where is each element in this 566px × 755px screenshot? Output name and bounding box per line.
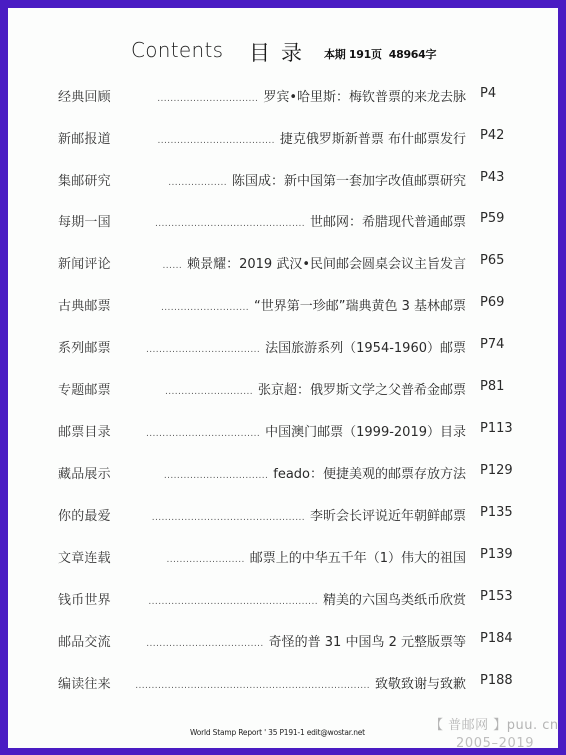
toc-row[interactable]: 每期一国 ...................................… — [0, 211, 566, 233]
toc-section: 编读往来 — [58, 673, 111, 692]
toc-entry: ....................................奇怪的普… — [146, 631, 466, 650]
toc-title: 致敬致谢与致歉 — [375, 673, 466, 692]
toc-title: 精美的六国鸟类纸币欣赏 — [323, 589, 466, 608]
leader-dots: .................. — [168, 178, 227, 188]
toc-row[interactable]: 古典邮票 ...........................“世界第一珍邮”… — [0, 295, 566, 317]
toc-row[interactable]: 文章连载 ........................邮票上的中华五千年（1… — [0, 547, 566, 569]
leader-dots: ................................ — [164, 471, 268, 481]
toc-row[interactable]: 邮品交流 ...................................… — [0, 631, 566, 653]
toc-entry: ......赖景耀：2019 武汉•民间邮会圆桌会议主旨发言 — [163, 253, 466, 272]
toc-section: 每期一国 — [58, 211, 111, 230]
leader-dots: ................................... — [146, 345, 260, 355]
toc-title: 中国澳门邮票（1999-2019）目录 — [265, 421, 466, 440]
toc-title: 世邮网：希腊现代普通邮票 — [310, 211, 466, 230]
toc-page-number: P188 — [480, 673, 513, 688]
toc-page-number: P113 — [480, 421, 513, 436]
toc-page-number: P135 — [480, 505, 513, 520]
leader-dots: ................................... — [146, 429, 260, 439]
toc-entry: ................................feado：便捷… — [164, 463, 466, 482]
leader-dots: ........................................… — [155, 219, 305, 229]
toc-row[interactable]: 经典回顾 ...............................罗宾•哈… — [0, 86, 566, 108]
toc-page-number: P153 — [480, 589, 513, 604]
toc-page-number: P184 — [480, 631, 513, 646]
toc-title: 张京超：俄罗斯文学之父普希金邮票 — [258, 379, 466, 398]
leader-dots: .................................... — [146, 639, 263, 649]
toc-row[interactable]: 新邮报道 ...................................… — [0, 128, 566, 150]
watermark-site: 【 普邮网 】puu. cn — [430, 714, 559, 733]
toc-page-number: P129 — [480, 463, 513, 478]
toc-row[interactable]: 藏品展示 ................................fea… — [0, 463, 566, 485]
toc-title: “世界第一珍邮”瑞典黄色 3 基林邮票 — [254, 295, 466, 314]
toc-page-number: P43 — [480, 170, 504, 185]
toc-page-number: P74 — [480, 337, 504, 352]
toc-section: 专题邮票 — [58, 379, 111, 398]
toc-row[interactable]: 系列邮票 ...................................… — [0, 337, 566, 359]
toc-entry: ........................................… — [152, 505, 466, 524]
toc-row[interactable]: 你的最爱 ...................................… — [0, 505, 566, 527]
toc-section: 新闻评论 — [58, 253, 111, 272]
toc-section: 钱币世界 — [58, 589, 111, 608]
toc-row[interactable]: 钱币世界 ...................................… — [0, 589, 566, 611]
toc-section: 经典回顾 — [58, 86, 111, 105]
issue-info: 本期 191页 48964字 — [324, 46, 436, 62]
leader-dots: ............................... — [157, 94, 258, 104]
toc-page-number: P81 — [480, 379, 504, 394]
toc-title: 法国旅游系列（1954-1960）邮票 — [265, 337, 466, 356]
toc-entry: ...................................中国澳门邮… — [146, 421, 466, 440]
leader-dots: ........................ — [166, 555, 244, 565]
leader-dots: ........................................… — [148, 597, 318, 607]
toc-row[interactable]: 新闻评论 ......赖景耀：2019 武汉•民间邮会圆桌会议主旨发言 P65 — [0, 253, 566, 275]
toc-title: 赖景耀：2019 武汉•民间邮会圆桌会议主旨发言 — [187, 253, 466, 272]
toc-page-number: P139 — [480, 547, 513, 562]
toc-row[interactable]: 编读往来 ...................................… — [0, 673, 566, 695]
title-english: Contents — [131, 38, 223, 62]
toc-section: 集邮研究 — [58, 170, 111, 189]
toc-entry: ...............................罗宾•哈里斯：梅钦… — [157, 86, 466, 105]
toc-entry: ...........................“世界第一珍邮”瑞典黄色 … — [161, 295, 466, 314]
toc-row[interactable]: 集邮研究 ..................陈国成：新中国第一套加字改值邮票研… — [0, 170, 566, 192]
leader-dots: ........................................… — [135, 681, 370, 691]
toc-entry: ...................................法国旅游系… — [146, 337, 466, 356]
toc-title: 奇怪的普 31 中国鸟 2 元整版票等 — [269, 631, 466, 650]
toc-section: 古典邮票 — [58, 295, 111, 314]
toc-section: 邮品交流 — [58, 631, 111, 650]
toc-entry: ........................................… — [148, 589, 466, 608]
toc-row[interactable]: 邮票目录 ...................................… — [0, 421, 566, 443]
toc-section: 藏品展示 — [58, 463, 111, 482]
toc-page-number: P4 — [480, 86, 496, 101]
toc-entry: ........................邮票上的中华五千年（1）伟大的祖… — [166, 547, 466, 566]
toc-page-number: P69 — [480, 295, 504, 310]
toc-section: 你的最爱 — [58, 505, 111, 524]
toc-title: 邮票上的中华五千年（1）伟大的祖国 — [250, 547, 466, 566]
toc-section: 系列邮票 — [58, 337, 111, 356]
toc-row[interactable]: 专题邮票 ...........................张京超：俄罗斯文… — [0, 379, 566, 401]
toc-entry: ..................陈国成：新中国第一套加字改值邮票研究 — [168, 170, 466, 189]
leader-dots: ........................................… — [152, 513, 305, 523]
toc-title: 李昕会长评说近年朝鲜邮票 — [310, 505, 466, 524]
leader-dots: ........................... — [165, 387, 253, 397]
leader-dots: ........................... — [161, 303, 249, 313]
toc-header: Contents 目录 本期 191页 48964字 — [0, 0, 566, 75]
toc-section: 文章连载 — [58, 547, 111, 566]
watermark-years: 2005–2019 — [456, 736, 534, 751]
toc-page-number: P59 — [480, 211, 504, 226]
leader-dots: .................................... — [157, 136, 274, 146]
toc-page-number: P42 — [480, 128, 504, 143]
toc-entry: ...........................张京超：俄罗斯文学之父普希… — [165, 379, 466, 398]
toc-section: 新邮报道 — [58, 128, 111, 147]
toc-title: 陈国成：新中国第一套加字改值邮票研究 — [232, 170, 466, 189]
title-chinese: 目录 — [249, 37, 313, 67]
toc-title: feado：便捷美观的邮票存放方法 — [273, 463, 466, 482]
toc-entry: ....................................捷克俄罗… — [157, 128, 466, 147]
toc-section: 邮票目录 — [58, 421, 111, 440]
leader-dots: ...... — [163, 261, 183, 271]
footer-publication-info: World Stamp Report ' 35 P191-1 edit@wost… — [190, 728, 365, 737]
toc-title: 捷克俄罗斯新普票 布什邮票发行 — [280, 128, 466, 147]
toc-entry: ........................................… — [135, 673, 466, 692]
toc-title: 罗宾•哈里斯：梅钦普票的来龙去脉 — [263, 86, 466, 105]
toc-entry: ........................................… — [155, 211, 466, 230]
toc-page-number: P65 — [480, 253, 504, 268]
